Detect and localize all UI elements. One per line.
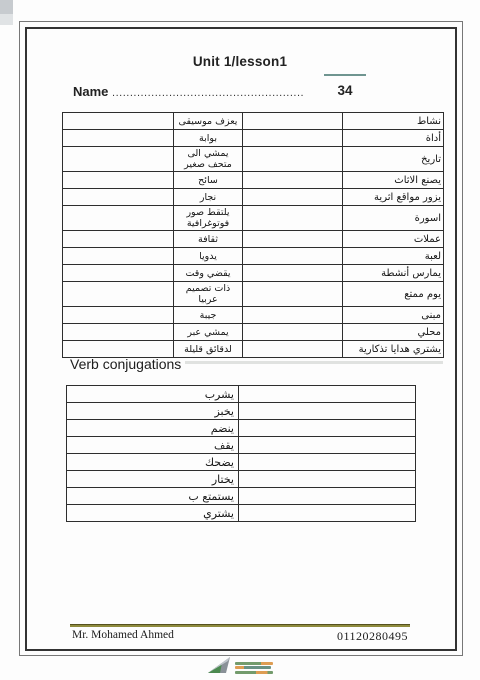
vocab-row: جيبة مبنى	[63, 307, 444, 324]
teacher-name: Mr. Mohamed Ahmed	[72, 629, 174, 641]
translation-cell	[63, 206, 174, 231]
translation-cell	[239, 403, 416, 420]
scan-artifact	[0, 14, 13, 25]
arabic-word-cell: أداة	[343, 130, 444, 147]
translation-cell	[239, 386, 416, 403]
verb-cell: يختار	[67, 471, 239, 488]
arabic-word-cell: محلي	[343, 324, 444, 341]
arabic-word-cell: ثقافة	[174, 231, 243, 248]
translation-cell	[243, 324, 343, 341]
arabic-word-cell: يمشي الى متحف صغير	[174, 147, 243, 172]
translation-cell	[63, 130, 174, 147]
translation-cell	[63, 231, 174, 248]
verb-row: يضحك	[67, 454, 416, 471]
logo-text-lines	[235, 662, 273, 674]
name-label: Name	[73, 84, 108, 99]
vocab-row: لدقائق قليلة يشتري هدايا تذكارية	[63, 341, 444, 358]
arabic-word-cell: بوابة	[174, 130, 243, 147]
scan-artifact	[0, 0, 13, 14]
translation-cell	[243, 172, 343, 189]
vocab-row: يلتقط صور فوتوغرافية اسورة	[63, 206, 444, 231]
score-value: 34	[324, 83, 366, 98]
translation-cell	[63, 282, 174, 307]
verb-cell: يشرب	[67, 386, 239, 403]
translation-cell	[63, 341, 174, 358]
translation-cell	[63, 113, 174, 130]
arabic-word-cell: تاريخ	[343, 147, 444, 172]
translation-cell	[63, 324, 174, 341]
translation-cell	[63, 265, 174, 282]
arabic-word-cell: نجار	[174, 189, 243, 206]
verb-row: يشرب	[67, 386, 416, 403]
arabic-word-cell: مبنى	[343, 307, 444, 324]
arabic-word-cell: يعزف موسيقى	[174, 113, 243, 130]
name-dots: ........................................…	[112, 87, 304, 99]
footer-rule	[70, 624, 410, 627]
vocab-row: يمشي عبر محلي	[63, 324, 444, 341]
arabic-word-cell: يصنع الاثاث	[343, 172, 444, 189]
vocab-row: سائح يصنع الاثاث	[63, 172, 444, 189]
verb-table: يشرب يخبز ينضم يقف يضحك يختار	[66, 385, 416, 522]
translation-cell	[243, 147, 343, 172]
translation-cell	[243, 341, 343, 358]
verb-row: ينضم	[67, 420, 416, 437]
arabic-word-cell: يمارس أنشطة	[343, 265, 444, 282]
translation-cell	[243, 282, 343, 307]
translation-cell	[239, 454, 416, 471]
arrow-logo-icon	[206, 655, 232, 680]
verb-cell: يخبز	[67, 403, 239, 420]
translation-cell	[239, 437, 416, 454]
translation-cell	[239, 488, 416, 505]
translation-cell	[243, 206, 343, 231]
vocab-row: بوابة أداة	[63, 130, 444, 147]
score-underline	[324, 74, 366, 76]
verb-cell: ينضم	[67, 420, 239, 437]
name-line: Name ...................................…	[73, 84, 304, 99]
translation-cell	[239, 420, 416, 437]
vocab-row: نجار يزور مواقع اثرية	[63, 189, 444, 206]
verb-cell: يشتري	[67, 505, 239, 522]
verb-conjugations-heading: Verb conjugations	[70, 356, 181, 372]
translation-cell	[243, 307, 343, 324]
vocab-row: يدويا لعبة	[63, 248, 444, 265]
scan-smudge-line	[185, 361, 443, 364]
arabic-word-cell: يشتري هدايا تذكارية	[343, 341, 444, 358]
vocab-row: ذات تصميم عربيا يوم ممتع	[63, 282, 444, 307]
vocab-row: يقضي وقت يمارس أنشطة	[63, 265, 444, 282]
vocab-table: يعزف موسيقى نشاط بوابة أداة يمشي الى متح…	[62, 112, 444, 358]
arabic-word-cell: نشاط	[343, 113, 444, 130]
arabic-word-cell: يزور مواقع اثرية	[343, 189, 444, 206]
translation-cell	[243, 113, 343, 130]
verb-row: يخبز	[67, 403, 416, 420]
translation-cell	[239, 471, 416, 488]
arabic-word-cell: يقضي وقت	[174, 265, 243, 282]
translation-cell	[63, 172, 174, 189]
arabic-word-cell: سائح	[174, 172, 243, 189]
arabic-word-cell: لدقائق قليلة	[174, 341, 243, 358]
worksheet-page: Unit 1/lesson1 Name ....................…	[0, 0, 480, 680]
arabic-word-cell: لعبة	[343, 248, 444, 265]
translation-cell	[63, 189, 174, 206]
arabic-word-cell: ذات تصميم عربيا	[174, 282, 243, 307]
translation-cell	[243, 248, 343, 265]
page-title: Unit 1/lesson1	[0, 54, 480, 69]
verb-cell: يضحك	[67, 454, 239, 471]
verb-cell: يستمتع ب	[67, 488, 239, 505]
verb-row: يستمتع ب	[67, 488, 416, 505]
verb-row: يقف	[67, 437, 416, 454]
translation-cell	[63, 307, 174, 324]
translation-cell	[63, 248, 174, 265]
vocab-row: يعزف موسيقى نشاط	[63, 113, 444, 130]
arabic-word-cell: جيبة	[174, 307, 243, 324]
translation-cell	[63, 147, 174, 172]
translation-cell	[243, 130, 343, 147]
translation-cell	[243, 265, 343, 282]
vocab-row: يمشي الى متحف صغير تاريخ	[63, 147, 444, 172]
arabic-word-cell: يلتقط صور فوتوغرافية	[174, 206, 243, 231]
translation-cell	[243, 231, 343, 248]
verb-row: يشتري	[67, 505, 416, 522]
arabic-word-cell: يوم ممتع	[343, 282, 444, 307]
publisher-logo	[206, 655, 273, 680]
arabic-word-cell: اسورة	[343, 206, 444, 231]
arabic-word-cell: عملات	[343, 231, 444, 248]
verb-cell: يقف	[67, 437, 239, 454]
vocab-row: ثقافة عملات	[63, 231, 444, 248]
arabic-word-cell: يمشي عبر	[174, 324, 243, 341]
translation-cell	[239, 505, 416, 522]
arabic-word-cell: يدويا	[174, 248, 243, 265]
verb-row: يختار	[67, 471, 416, 488]
translation-cell	[243, 189, 343, 206]
phone-number: 01120280495	[337, 629, 408, 644]
